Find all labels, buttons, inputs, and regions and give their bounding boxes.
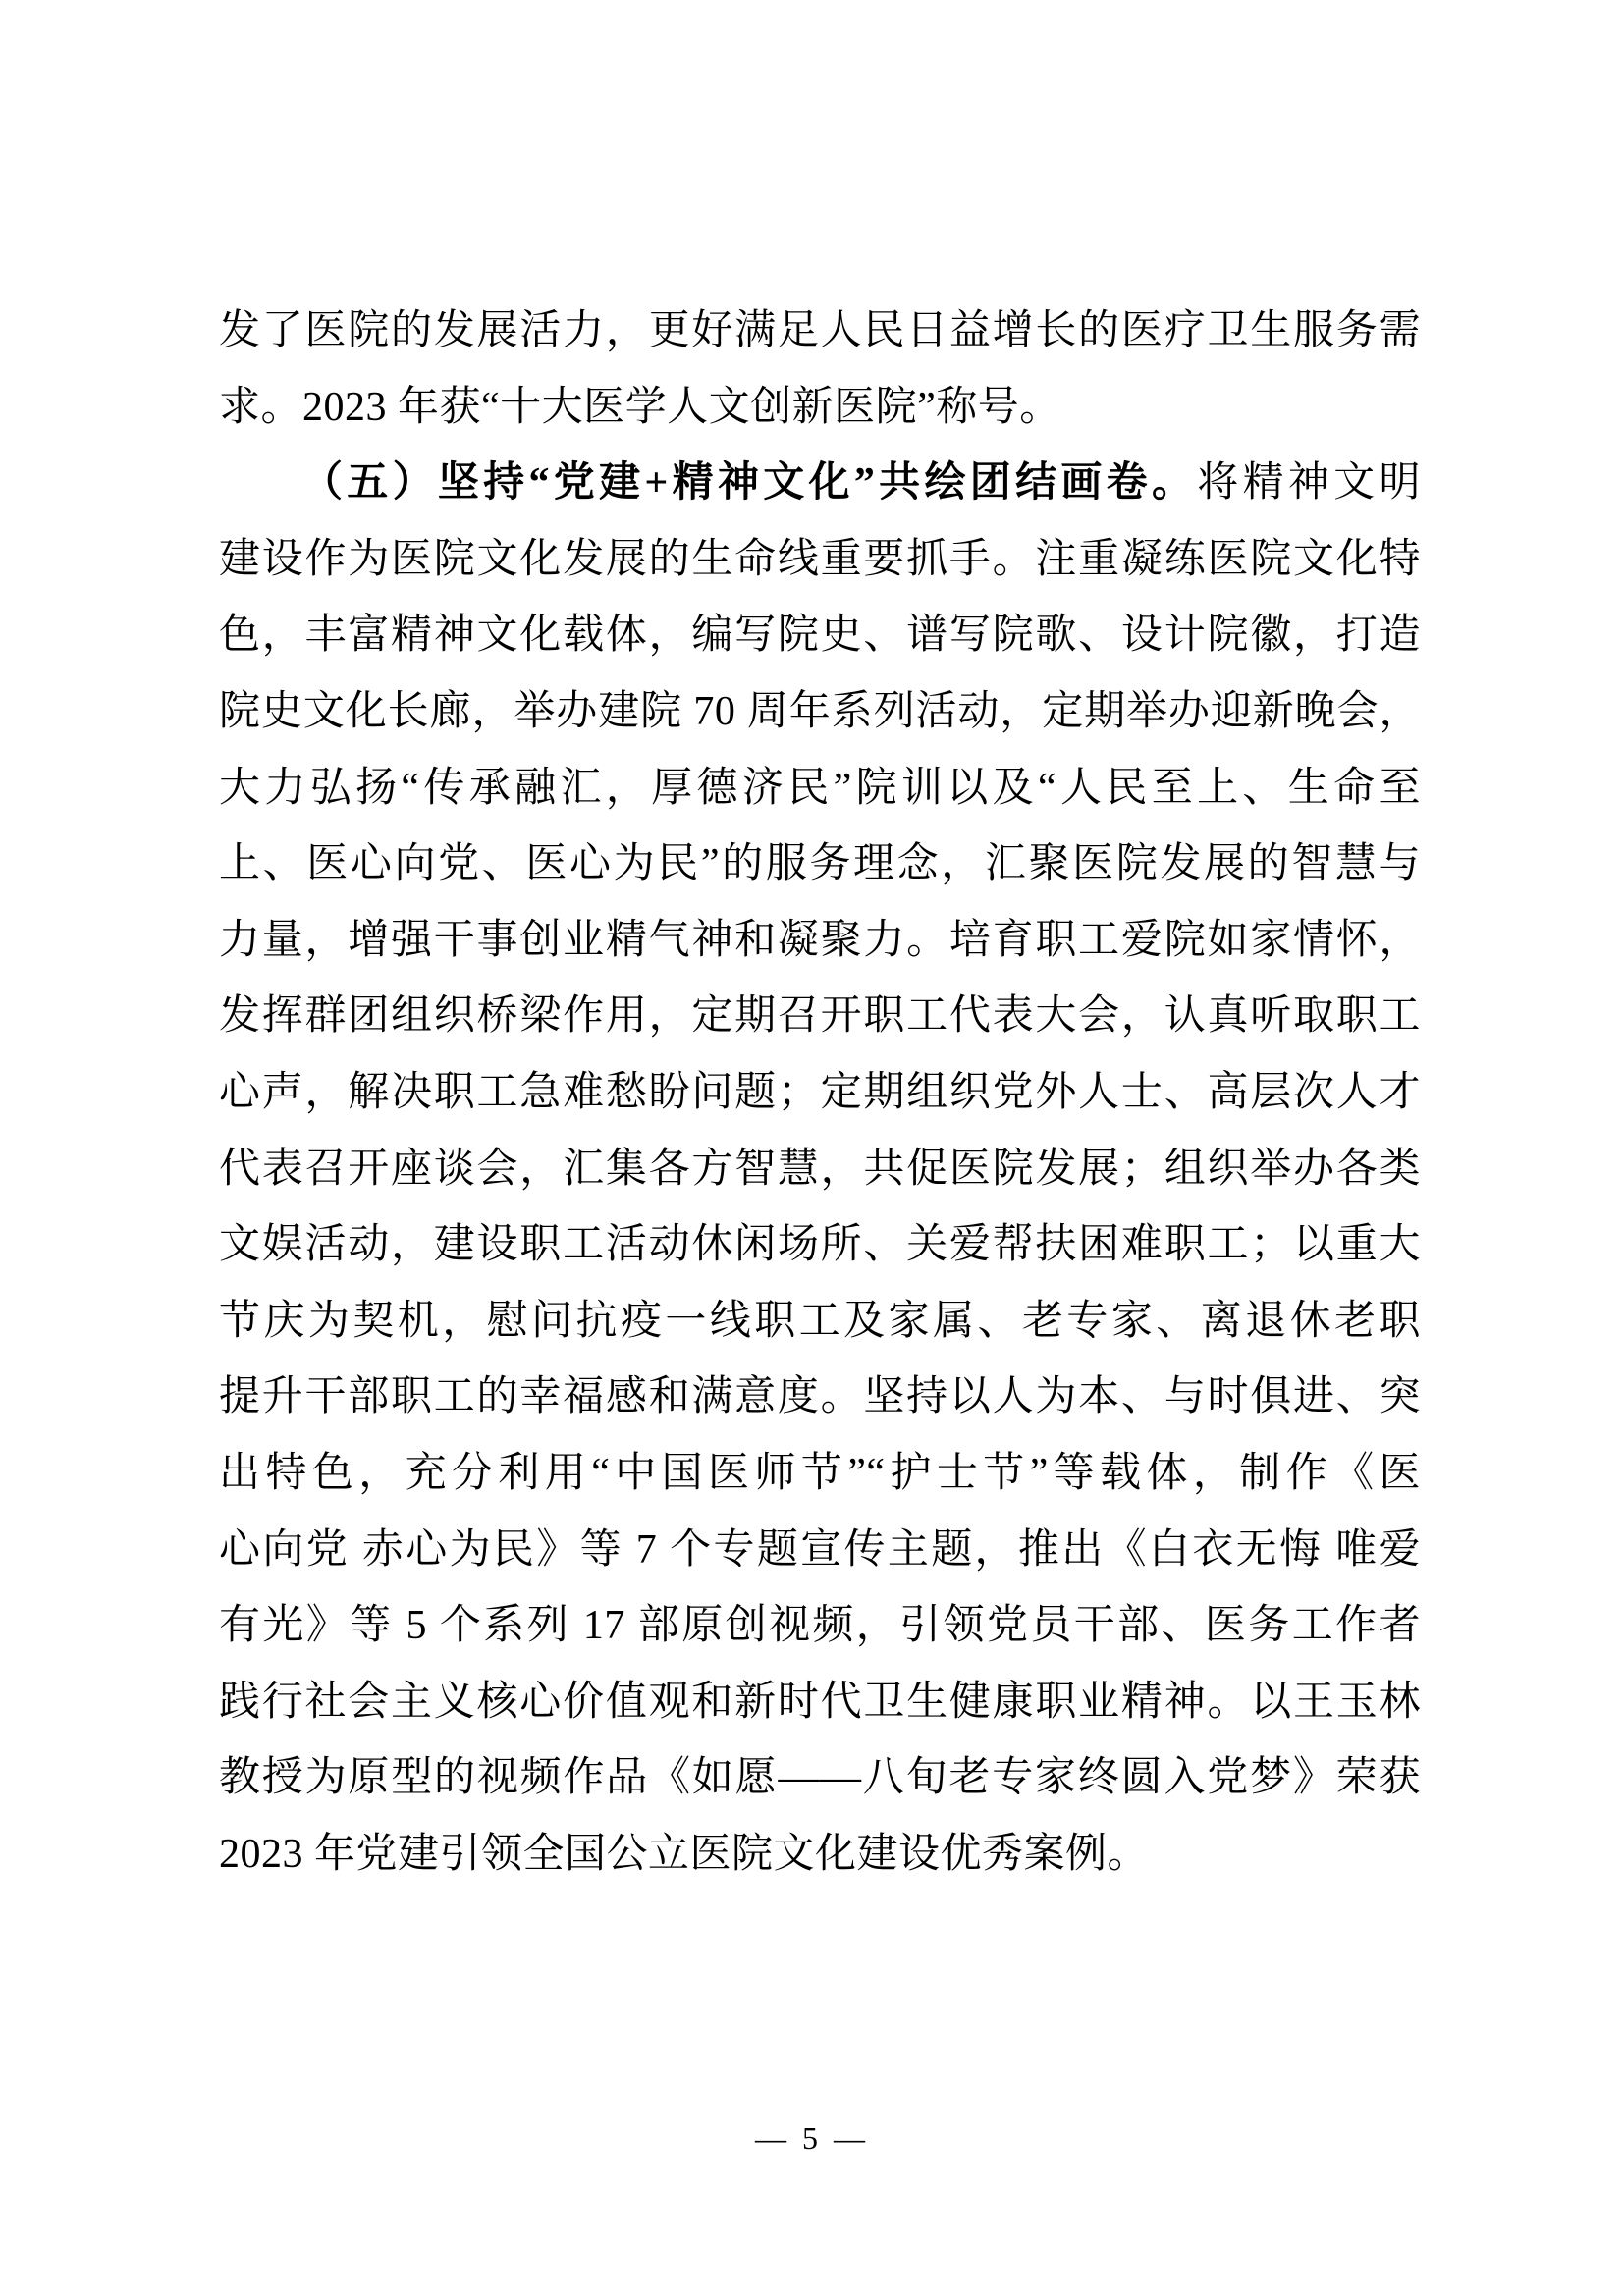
text-line: 心向党 赤心为民》等 7 个专题宣传主题，推出《白衣无悔 唯爱	[219, 1513, 1421, 1589]
text-line: 提升干部职工的幸福感和满意度。坚持以人为本、与时俱进、突	[219, 1360, 1421, 1436]
text-line: 心声，解决职工急难愁盼问题；定期组织党外人士、高层次人才	[219, 1055, 1421, 1132]
text-line: 建设作为医院文化发展的生命线重要抓手。注重凝练医院文化特	[219, 522, 1421, 599]
text-line: 节庆为契机，慰问抗疫一线职工及家属、老专家、离退休老职工，	[219, 1284, 1421, 1361]
page-number: — 5 —	[0, 2120, 1624, 2157]
text-line: 发挥群团组织桥梁作用，定期召开职工代表大会，认真听取职工	[219, 979, 1421, 1055]
section-heading: （五）坚持“党建+精神文化”共绘团结画卷。	[301, 460, 1197, 506]
text-line: 色，丰富精神文化载体，编写院史、谱写院歌、设计院徽，打造	[219, 598, 1421, 674]
body-text: 发了医院的发展活力，更好满足人民日益增长的医疗卫生服务需 求。2023 年获“十…	[219, 294, 1421, 1893]
text-line: 教授为原型的视频作品《如愿——八旬老专家终圆入党梦》荣获	[219, 1740, 1421, 1817]
text-line: 力量，增强干事创业精气神和凝聚力。培育职工爱院如家情怀，	[219, 903, 1421, 980]
document-page: 发了医院的发展活力，更好满足人民日益增长的医疗卫生服务需 求。2023 年获“十…	[0, 0, 1624, 2296]
text-line: 有光》等 5 个系列 17 部原创视频，引领党员干部、医务工作者	[219, 1588, 1421, 1665]
text-line: 践行社会主义核心价值观和新时代卫生健康职业精神。以王玉林	[219, 1665, 1421, 1741]
text-line: 2023 年党建引领全国公立医院文化建设优秀案例。	[219, 1817, 1421, 1894]
text-line: 代表召开座谈会，汇集各方智慧，共促医院发展；组织举办各类	[219, 1132, 1421, 1208]
text-line: 发了医院的发展活力，更好满足人民日益增长的医疗卫生服务需	[219, 294, 1421, 370]
text-line: 文娱活动，建设职工活动休闲场所、关爱帮扶困难职工；以重大	[219, 1207, 1421, 1284]
text-line: 院史文化长廊，举办建院 70 周年系列活动，定期举办迎新晚会，	[219, 674, 1421, 751]
paragraph-heading-line: （五）坚持“党建+精神文化”共绘团结画卷。将精神文明	[219, 446, 1421, 522]
text-line: 上、医心向党、医心为民”的服务理念，汇聚医院发展的智慧与	[219, 827, 1421, 903]
text-line: 出特色，充分利用“中国医师节”“护士节”等载体，制作《医	[219, 1436, 1421, 1513]
text-line: 求。2023 年获“十大医学人文创新医院”称号。	[219, 370, 1421, 447]
text-line: 大力弘扬“传承融汇，厚德济民”院训以及“人民至上、生命至	[219, 751, 1421, 828]
heading-trailing-text: 将精神文明	[1197, 460, 1421, 506]
